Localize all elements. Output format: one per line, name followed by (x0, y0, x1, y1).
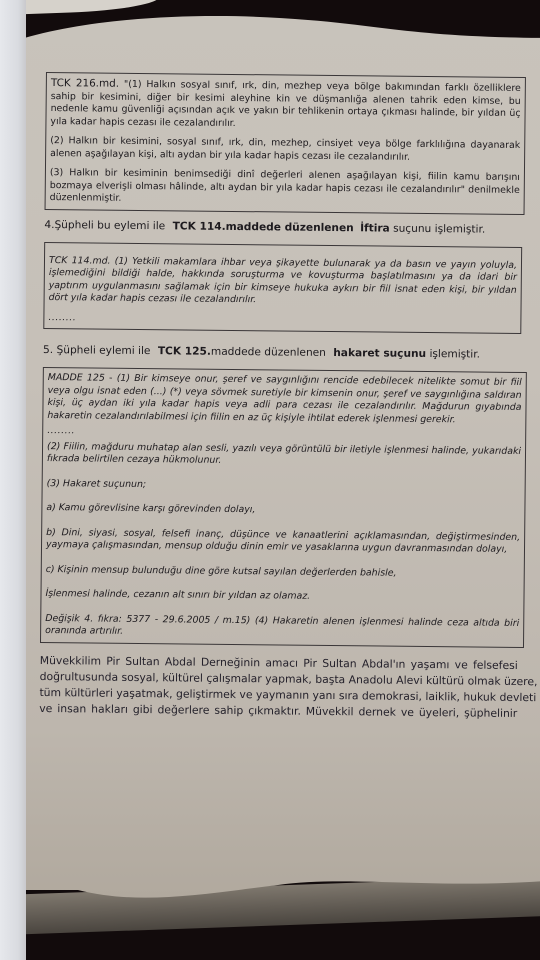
tck-125-paragraph-4: Değişik 4. fıkra: 5377 - 29.6.2005 / m.1… (45, 613, 519, 643)
document-content: TCK 216.md. "(1) Halkın sosyal sınıf, ır… (39, 70, 526, 721)
section-4-suffix: suçunu işlemiştir. (393, 222, 485, 235)
section-4-prefix: 4.Şüpheli bu eylemi ile (44, 218, 165, 231)
tck-216-paragraph-1: TCK 216.md. "(1) Halkın sosyal sınıf, ır… (50, 77, 521, 133)
tck-125-item-c: c) Kişinin mensup bulunduğu dine göre ku… (46, 564, 520, 581)
tck-216-paragraph-2: (2) Halkın bir kesimini, sosyal sınıf, ı… (50, 135, 520, 165)
tck-114-ellipsis: ........ (48, 312, 516, 329)
background-sheet (10, 0, 161, 15)
tck-216-label: TCK 216.md. (51, 77, 119, 90)
body-paragraph: Müvekkilim Pir Sultan Abdal Derneğinin a… (39, 652, 518, 721)
section-5-heading: 5. Şüpheli eylemi ile TCK 125.maddede dü… (43, 343, 523, 362)
tck-216-paragraph-3: (3) Halkın bir kesiminin benimsediği din… (50, 167, 520, 209)
tck-125-item-a: a) Kamu görevlisine karşı görevinden dol… (46, 502, 520, 519)
tck-125-ellipsis: ........ (47, 425, 521, 442)
section-4-heading: 4.Şüpheli bu eylemi ile TCK 114.maddede … (44, 217, 524, 236)
section-4-crime: İftira (360, 222, 390, 234)
tck-114-quote-box: TCK 114.md. (1) Yetkili makamlara ihbar … (43, 241, 522, 334)
section-4-law: TCK 114.maddede düzenlenen (173, 220, 354, 234)
tck-125-item-b: b) Dini, siyasi, sosyal, felsefi inanç, … (46, 527, 520, 557)
section-5-suffix: işlemiştir. (429, 348, 480, 361)
tck-125-paragraph-3: (3) Hakaret suçunun; (47, 478, 521, 495)
section-5-middle: maddede düzenlenen (211, 346, 326, 359)
section-5-crime: hakaret suçunu (333, 347, 426, 360)
tck-114-paragraph-1: TCK 114.md. (1) Yetkili makamlara ihbar … (49, 255, 517, 310)
tck-125-paragraph-2: (2) Fiilin, mağduru muhatap alan sesli, … (47, 441, 521, 471)
tck-125-paragraph-1: MADDE 125 - (1) Bir kimseye onur, şeref … (47, 372, 521, 427)
adjacent-page-edge (0, 0, 26, 960)
tck-125-quote-box: MADDE 125 - (1) Bir kimseye onur, şeref … (40, 367, 527, 648)
tck-216-text-1: "(1) Halkın sosyal sınıf, ırk, din, mezh… (50, 79, 520, 129)
section-5-prefix: 5. Şüpheli eylemi ile (43, 344, 151, 357)
tck-216-quote-box: TCK 216.md. "(1) Halkın sosyal sınıf, ır… (45, 72, 526, 215)
tck-125-paragraph-3-end: İşlenmesi halinde, cezanın alt sınırı bi… (45, 588, 519, 605)
section-5-law: TCK 125. (158, 345, 211, 358)
